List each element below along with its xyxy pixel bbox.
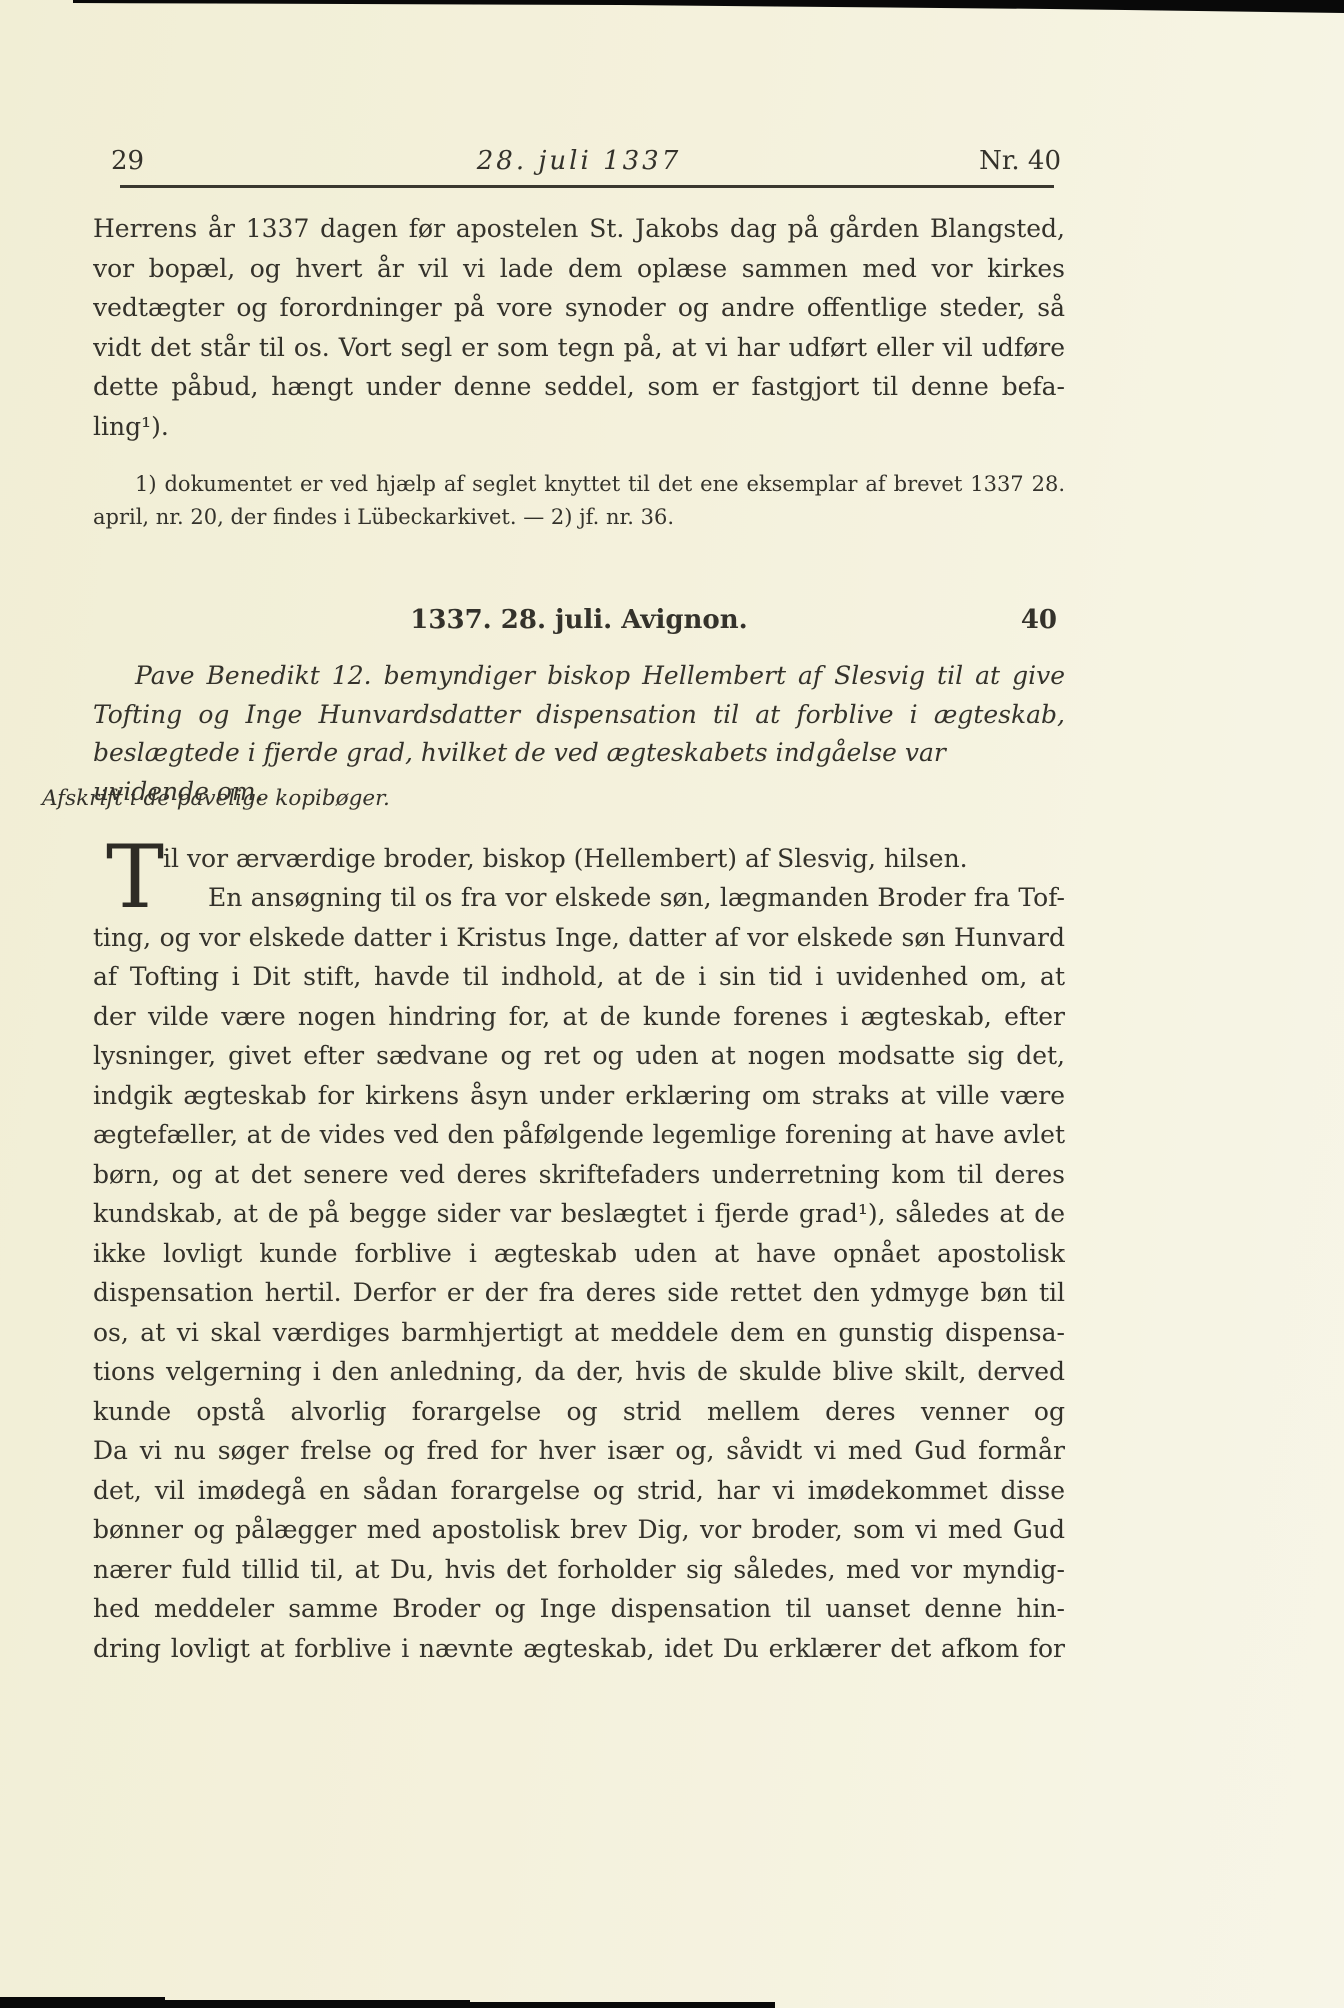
page-header: 29 28. juli 1337 Nr. 40	[93, 146, 1065, 176]
body-line: indgik ægteskab for kirkens åsyn under e…	[93, 1076, 1065, 1116]
body-line: dispensation hertil. Derfor er der fra d…	[93, 1273, 1065, 1313]
entry-number: 40	[1021, 604, 1057, 636]
scanned-book-page: 29 28. juli 1337 Nr. 40 Herrens år 1337 …	[0, 0, 1344, 2008]
body-line: il vor ærværdige broder, biskop (Hellemb…	[163, 839, 1065, 879]
drop-cap: T	[106, 834, 164, 921]
summary-line: Pave Benedikt 12. bemyndiger biskop Hell…	[93, 657, 1065, 696]
body-line: det, vil imødegå en sådan forargelse og …	[93, 1471, 1065, 1511]
entry-title: 1337. 28. juli. Avignon.	[93, 604, 1065, 636]
entry-heading: 1337. 28. juli. Avignon. 40	[93, 604, 1065, 636]
entry-summary: Pave Benedikt 12. bemyndiger biskop Hell…	[93, 657, 1065, 773]
text-line: ling¹).	[93, 407, 1065, 447]
text-line: vidt det står til os. Vort segl er som t…	[93, 328, 1065, 368]
body-line: dring lovligt at forblive i nævnte ægtes…	[93, 1629, 1065, 1669]
scan-edge-bottom	[0, 1996, 1344, 2008]
footnote-line: 1) dokumentet er ved hjælp af seglet kny…	[93, 468, 1065, 501]
body-line: Da vi nu søger frelse og fred for hver i…	[93, 1431, 1065, 1471]
entry-body: T il vor ærværdige broder, biskop (Helle…	[93, 839, 1065, 1669]
text-line: vor bopæl, og hvert år vil vi lade dem o…	[93, 249, 1065, 289]
body-line: nærer fuld tillid til, at Du, hvis det f…	[93, 1550, 1065, 1590]
text-line: dette påbud, hængt under denne seddel, s…	[93, 367, 1065, 407]
body-line: kunde opstå alvorlig forargelse og strid…	[93, 1392, 1065, 1432]
previous-document-text: Herrens år 1337 dagen før apostelen St. …	[93, 209, 1065, 446]
body-line: der vilde være nogen hindring for, at de…	[93, 997, 1065, 1037]
body-line: os, at vi skal værdiges barmhjertigt at …	[93, 1313, 1065, 1353]
header-rule	[120, 185, 1054, 188]
body-line: kundskab, at de på begge sider var beslæ…	[93, 1194, 1065, 1234]
body-line: lysninger, givet efter sædvane og ret og…	[93, 1036, 1065, 1076]
body-line: ting, og vor elskede datter i Kristus In…	[93, 918, 1065, 958]
body-line: af Tofting i Dit stift, havde til indhol…	[93, 957, 1065, 997]
body-line: hed meddeler samme Broder og Inge dispen…	[93, 1589, 1065, 1629]
summary-line: beslægtede i fjerde grad, hvilket de ved…	[93, 734, 1065, 773]
scan-edge-top	[0, 0, 1344, 16]
summary-line: Tofting og Inge Hunvardsdatter dispensat…	[93, 696, 1065, 735]
header-doc-number: Nr. 40	[979, 146, 1061, 176]
body-line: En ansøgning til os fra vor elskede søn,…	[163, 878, 1065, 918]
header-date: 28. juli 1337	[93, 146, 1065, 176]
body-line: ægtefæller, at de vides ved den påfølgen…	[93, 1115, 1065, 1155]
body-line: bønner og pålægger med apostolisk brev D…	[93, 1510, 1065, 1550]
body-line: børn, og at det senere ved deres skrifte…	[93, 1155, 1065, 1195]
text-line: vedtægter og forordninger på vore synode…	[93, 288, 1065, 328]
footnote: 1) dokumentet er ved hjælp af seglet kny…	[93, 468, 1065, 534]
text-line: Herrens år 1337 dagen før apostelen St. …	[93, 209, 1065, 249]
body-line: ikke lovligt kunde forblive i ægteskab u…	[93, 1234, 1065, 1274]
body-line: tions velgerning i den anledning, da der…	[93, 1352, 1065, 1392]
footnote-line: april, nr. 20, der findes i Lübeckarkive…	[93, 501, 1065, 534]
source-note: Afskrift i de pavelige kopibøger.	[42, 785, 1014, 812]
